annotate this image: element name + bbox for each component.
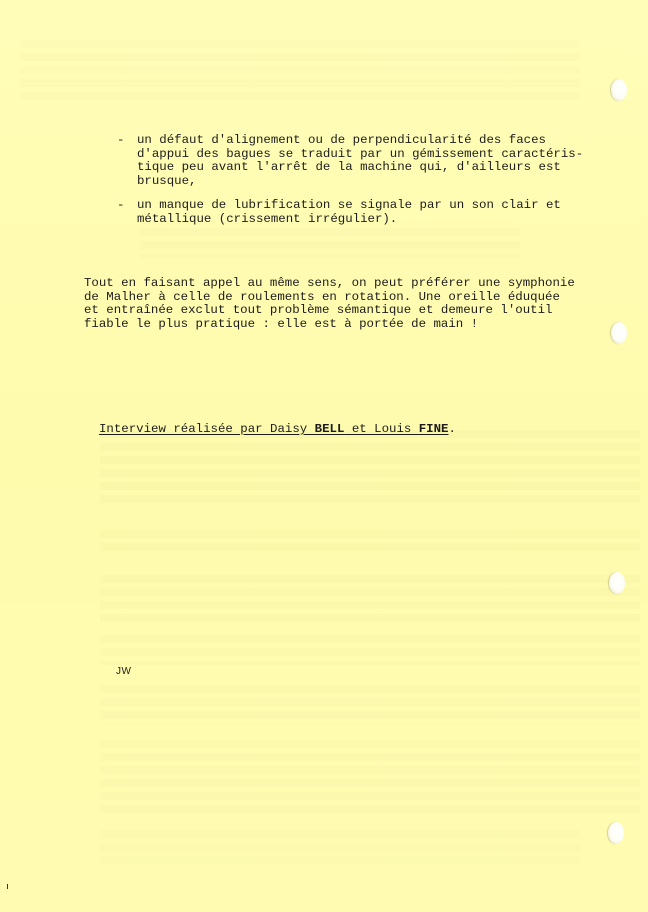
bleed-through-low-3 (100, 830, 580, 865)
bleed-through-mid-2 (100, 430, 640, 505)
bleed-through-mid-5 (100, 635, 640, 665)
scan-speck (7, 884, 8, 889)
paragraph-line: Tout en faisant appel au même sens, on p… (84, 277, 575, 291)
paragraph-line: et entraînée exclut tout problème sémant… (84, 304, 575, 318)
credit-name-bell: BELL (315, 422, 345, 436)
bleed-through-low-1 (100, 685, 640, 725)
punch-hole-icon (611, 322, 627, 344)
bullet-line: brusque, (137, 175, 583, 189)
bullet-dash: - (117, 199, 124, 213)
bullet-line: un manque de lubrification se signale pa… (137, 199, 561, 213)
credit-suffix: . (449, 422, 456, 436)
bullet-item: - un manque de lubrification se signale … (117, 199, 561, 226)
bleed-through-mid-3 (100, 530, 640, 555)
document-page: - un défaut d'alignement ou de perpendic… (0, 0, 648, 912)
author-initials: JW (116, 666, 131, 677)
interview-credit: Interview réalisée par Daisy BELL et Lou… (99, 422, 456, 436)
bleed-through-low-2 (100, 740, 640, 815)
punch-hole-icon (611, 79, 627, 101)
paragraph-line: de Malher à celle de roulements en rotat… (84, 291, 575, 305)
bleed-through-top (20, 40, 580, 100)
bullet-line: tique peu avant l'arrêt de la machine qu… (137, 161, 583, 175)
credit-prefix: Interview réalisée par Daisy (99, 422, 315, 436)
bullet-line: métallique (crissement irrégulier). (137, 213, 561, 227)
bleed-through-mid-1 (140, 228, 520, 258)
punch-hole-icon (609, 572, 625, 594)
bullet-item: - un défaut d'alignement ou de perpendic… (117, 134, 583, 188)
credit-middle: et Louis (344, 422, 418, 436)
punch-hole-icon (608, 822, 624, 844)
bleed-through-mid-4 (100, 575, 640, 625)
bullet-dash: - (117, 134, 124, 148)
paragraph-line: fiable le plus pratique : elle est à por… (84, 318, 575, 332)
closing-paragraph: Tout en faisant appel au même sens, on p… (84, 277, 575, 331)
credit-name-fine: FINE (419, 422, 449, 436)
bullet-line: un défaut d'alignement ou de perpendicul… (137, 134, 583, 148)
bullet-line: d'appui des bagues se traduit par un gém… (137, 148, 583, 162)
